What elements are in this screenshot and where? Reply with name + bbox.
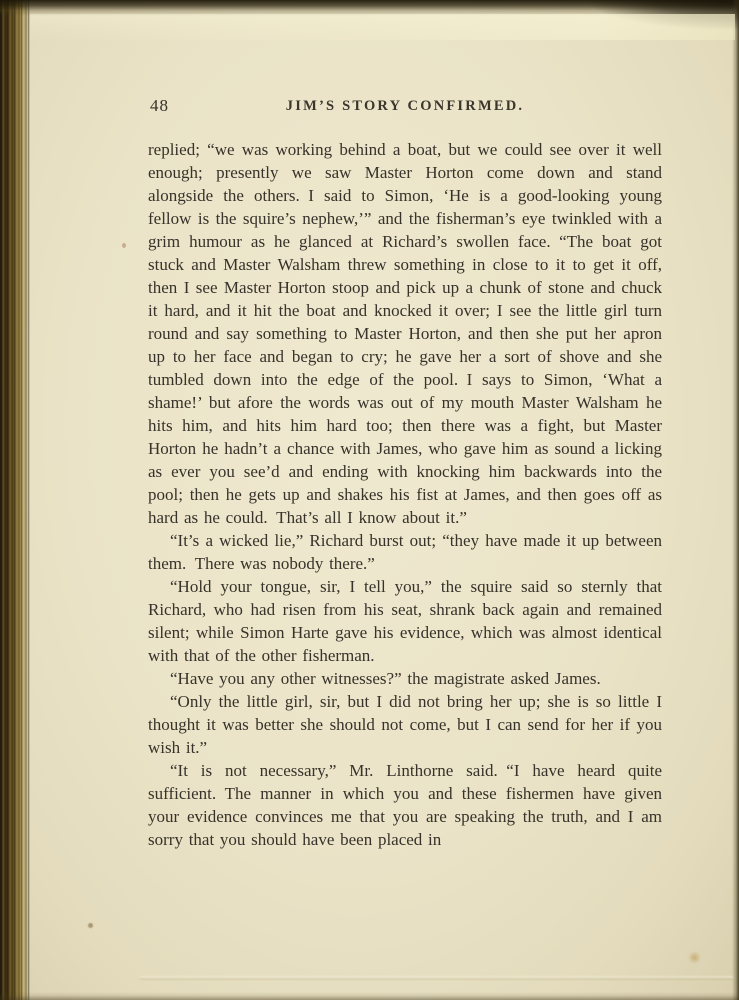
book-edge-right bbox=[732, 0, 739, 1000]
book-edge-bottom bbox=[0, 992, 739, 1000]
page-number: 48 bbox=[150, 96, 169, 116]
paragraph: replied; “we was working behind a boat, … bbox=[148, 138, 662, 529]
paragraph: “It’s a wicked lie,” Richard burst out; … bbox=[148, 529, 662, 575]
scanned-book-page: 48 JIM’S STORY CONFIRMED. replied; “we w… bbox=[0, 0, 739, 1000]
page-stack-band bbox=[30, 14, 735, 40]
book-edge-left bbox=[0, 0, 30, 1000]
paragraph: “It is not necessary,” Mr. Linthorne sai… bbox=[148, 759, 662, 851]
paragraph: “Only the little girl, sir, but I did no… bbox=[148, 690, 662, 759]
paragraph: “Have you any other witnesses?” the magi… bbox=[148, 667, 662, 690]
page-crease bbox=[140, 976, 733, 980]
page-content: 48 JIM’S STORY CONFIRMED. replied; “we w… bbox=[148, 96, 662, 851]
text-block: replied; “we was working behind a boat, … bbox=[148, 138, 662, 851]
page-stain bbox=[688, 951, 701, 964]
paragraph: “Hold your tongue, sir, I tell you,” the… bbox=[148, 575, 662, 667]
running-header-title: JIM’S STORY CONFIRMED. bbox=[148, 96, 662, 115]
page-stain bbox=[88, 923, 93, 928]
running-head: 48 JIM’S STORY CONFIRMED. bbox=[148, 96, 662, 120]
page-stain bbox=[122, 243, 126, 248]
